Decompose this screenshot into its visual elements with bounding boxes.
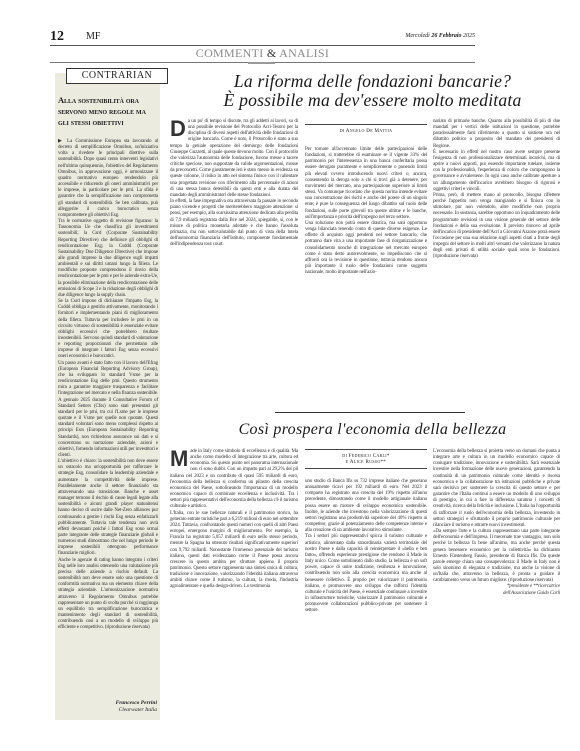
paragraph: nariato di primarie banche. Quanto alla …	[433, 118, 560, 149]
paragraph: L'obiettivo è chiaro: la sostenibilità n…	[58, 458, 158, 557]
paragraph: ade in Italy come simbolo di eccellenza …	[170, 448, 298, 509]
author-footnote: dell'Associazione Guido Carli	[433, 590, 560, 596]
article1-byline: di Angelo De Mattia	[305, 124, 427, 137]
masthead: 12 MF Mercoledì 26 Febbraio 2025	[50, 31, 475, 46]
author-affiliation: Clearwater Italia	[116, 707, 157, 714]
section-header: COMMENTI & ANALISI	[50, 46, 475, 63]
article1-column-1: Da un po' di tempo si discute, tra gli a…	[170, 118, 298, 247]
headline-line: È possibile ma dev'essere molto meditata	[170, 91, 575, 110]
section-name: COMMENTI	[196, 46, 264, 60]
article1-headline: La riforma delle fondazioni bancarie? È …	[170, 72, 575, 110]
date-weekday: Mercoledì	[405, 33, 429, 39]
paragraph: È necessario in effetti nel nostro caso …	[433, 149, 560, 192]
paragraph: Tra le normative oggetto di revisione fi…	[58, 218, 158, 298]
paragraph: L'economia della bellezza si proietta ve…	[433, 448, 560, 528]
byline-author-2: e Alice Russo**	[305, 459, 427, 465]
article1-column-3: nariato di primarie banche. Quanto alla …	[433, 118, 560, 260]
paragraph: Prima, però, di mettere mano al protocol…	[433, 192, 560, 260]
article1-column-2: Per tornare all'accennato limite delle p…	[305, 146, 427, 275]
contrarian-body: ▶ La Commissione Europea sta lavorando a…	[58, 138, 158, 631]
dropcap: M	[170, 449, 188, 468]
paragraph: Per tornare all'accennato limite delle p…	[305, 146, 427, 220]
paragraph: La Commissione Europea sta lavorando al …	[58, 138, 158, 218]
page-number: 12	[50, 29, 64, 45]
dropcap: D	[170, 119, 186, 138]
date-year: 2025	[463, 33, 475, 39]
article2-headline: Così prospera l'economia della bellezza	[170, 421, 575, 439]
paragraph: a un po' di tempo si discute, tra gli ad…	[170, 118, 298, 198]
contrarian-headline: Alla sostenibilità ora servono meno rego…	[58, 95, 158, 128]
headline-line: La riforma delle fondazioni bancarie?	[170, 72, 575, 91]
author-name: Francesco Perrini	[116, 700, 157, 707]
paragraph: Una soluzione non potrà essere drastica,…	[305, 220, 427, 275]
issue-date: Mercoledì 26 Febbraio 2025	[405, 33, 475, 39]
paragraph: uno studio di Banca Ifis su 732 imprese …	[305, 478, 427, 533]
date-day-month: 26 Febbraio	[431, 33, 461, 39]
paragraph: «Da sempre l'arte e la cultura rappresen…	[433, 528, 560, 583]
paragraph: In effetti, la fase impegnativa ora attr…	[170, 198, 298, 247]
publication-logo: MF	[86, 31, 100, 42]
paragraph: Anche le agenzie di rating hanno integra…	[58, 557, 158, 631]
paragraph: Se la Csrd impone di dichiarare l'impatt…	[58, 298, 158, 360]
article2-byline: di Federico Carli* e Alice Russo**	[305, 449, 427, 469]
section-ampersand: &	[267, 46, 277, 60]
contrarian-label: CONTRARIAN	[66, 68, 168, 84]
article2-column-2: uno studio di Banca Ifis su 732 imprese …	[305, 478, 427, 613]
article2-column-3: L'economia della bellezza si proietta ve…	[433, 448, 560, 596]
section-underline-divider	[248, 62, 275, 64]
section-name-2: ANALISI	[279, 46, 329, 60]
contrarian-signature: Francesco Perrini Clearwater Italia	[116, 700, 157, 714]
paragraph: Tra i settori più rappresentativi spicca…	[305, 533, 427, 613]
article-separator	[275, 412, 465, 413]
paragraph: L'Italia, con le sue bellezze naturali e…	[170, 510, 298, 590]
paragraph: Un passo avanti è stato fatto con il lav…	[58, 360, 158, 459]
article2-column-1: Made in Italy come simbolo di eccellenza…	[170, 448, 298, 590]
